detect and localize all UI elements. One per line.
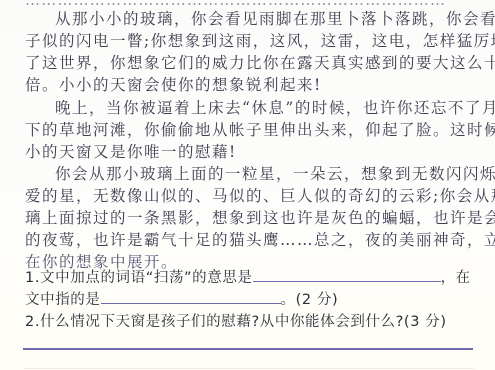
question-1-prompt-2: 文中指的是 [25, 292, 101, 308]
question-1-number: 1. [25, 270, 40, 286]
paragraph-1-line-3: 了这世界，你想象它们的威力比你在露天真实感到的要大这么十倍百 [25, 52, 495, 74]
question-2-number: 2. [25, 314, 40, 330]
question-1-blank-1[interactable] [253, 267, 441, 282]
question-2-line: 2.什么情况下天窗是孩子们的慰藉?从中你能体会到什么?(3 分) [25, 311, 447, 333]
question-1-suffix: ，在 [441, 270, 471, 286]
paragraph-1-line-1: 从那小小的玻璃，你会看见雨脚在那里卜落卜落跳，你会看见带 [55, 8, 495, 30]
paragraph-2-line-2: 下的草地河滩，你偷偷地从帐子里伸出头来，仰起了脸。这时候，小 [25, 119, 495, 141]
question-2-answer-line[interactable] [23, 348, 473, 350]
question-1-line-1: 1.文中加点的词语“扫荡”的意思是，在 [25, 267, 471, 289]
paragraph-2-line-1: 晚上，当你被逼着上床去“休息”的时候，也许你还忘不了月光 [55, 97, 495, 119]
cropped-top-text: …………………………………………………………………… [25, 0, 465, 5]
paragraph-1-line-2: 子似的闪电一瞥;你想象到这雨，这风，这雷，这电，怎样猛厉地扫荡 [25, 30, 495, 52]
question-2-prompt: 什么情况下天窗是孩子们的慰藉?从中你能体会到什么?(3 分) [40, 314, 447, 330]
paragraph-3-line-3: 璃上面掠过的一条黑影，想象到这也许是灰色的蝙蝠，也许是会唱歌 [25, 207, 495, 229]
paragraph-3-line-2: 爱的星，无数像山似的、马似的、巨人似的奇幻的云彩;你会从那小玻 [25, 185, 495, 207]
worksheet-page: …………………………………………………………………… 从那小小的玻璃，你会看见雨… [0, 0, 495, 370]
question-1-score: 。(2 分) [281, 292, 339, 308]
faint-divider [24, 368, 474, 369]
question-1-blank-2[interactable] [101, 289, 281, 304]
question-1-line-2: 文中指的是。(2 分) [25, 289, 338, 311]
paragraph-3-line-4: 的夜莺，也许是霸气十足的猫头鹰……总之，夜的美丽神奇，立刻会 [25, 229, 495, 251]
paragraph-1-line-2-text: 子似的闪电一瞥;你想象到这雨，这风，这雷，这电，怎样猛厉地 [25, 32, 495, 50]
paragraph-2-line-3: 小的天窗又是你唯一的慰藉! [25, 141, 237, 163]
question-1-prompt: 文中加点的词语“扫荡”的意思是 [40, 270, 253, 286]
paragraph-1-line-4: 倍。小小的天窗会使你的想象锐利起来! [25, 74, 322, 96]
paragraph-3-line-1: 你会从那小玻璃上面的一粒星，一朵云，想象到无数闪闪烁烁可 [55, 163, 495, 185]
